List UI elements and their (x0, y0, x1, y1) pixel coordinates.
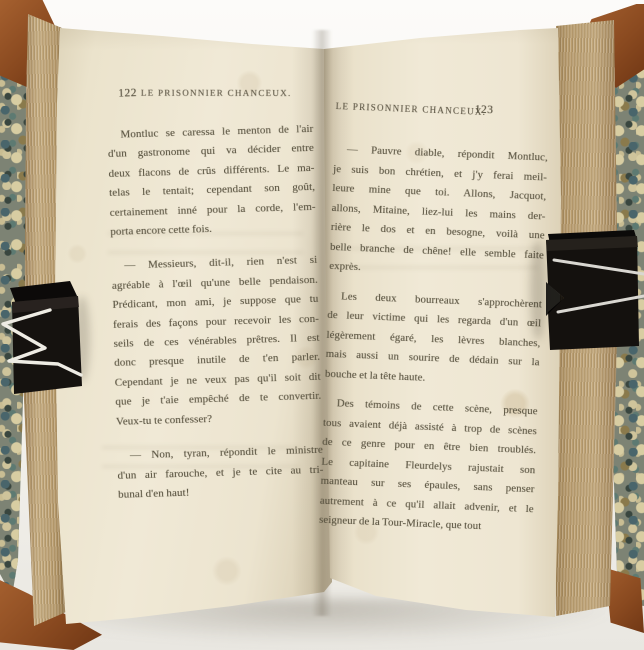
running-title: LE PRISONNIER CHANCEUX. (136, 88, 296, 98)
paragraph: Les deux bourreaux s'approchèrentde leur… (325, 286, 543, 392)
binder-clip-right (542, 226, 644, 354)
left-page-body: Montluc se caressa le menton de l'aird'u… (107, 120, 324, 505)
page-number: 122 (118, 87, 137, 100)
page-number: 123 (474, 104, 493, 117)
right-page-text: LE PRISONNIER CHANCEUX. 123 — Pauvre dia… (318, 98, 550, 549)
binder-clip-left (0, 278, 100, 400)
clip-front-face (546, 236, 639, 350)
paragraph: Des témoins de cette scène, presquetous … (319, 394, 538, 539)
book-photo: 122 LE PRISONNIER CHANCEUX. Montluc se c… (0, 0, 644, 650)
right-page-body: — Pauvre diable, répondit Montluc,je sui… (319, 140, 548, 539)
paragraph: — Messieurs, dit-il, rien n'est siagréab… (111, 251, 322, 432)
running-title: LE PRISONNIER CHANCEUX. (335, 101, 485, 117)
paragraph: Montluc se caressa le menton de l'aird'u… (107, 120, 316, 242)
left-page-header: 122 LE PRISONNIER CHANCEUX. (106, 82, 313, 110)
paragraph: — Pauvre diable, répondit Montluc,je sui… (329, 140, 548, 285)
paragraph: — Non, tyran, répondit le ministred'un a… (117, 441, 325, 505)
left-page-text: 122 LE PRISONNIER CHANCEUX. Montluc se c… (106, 82, 325, 520)
